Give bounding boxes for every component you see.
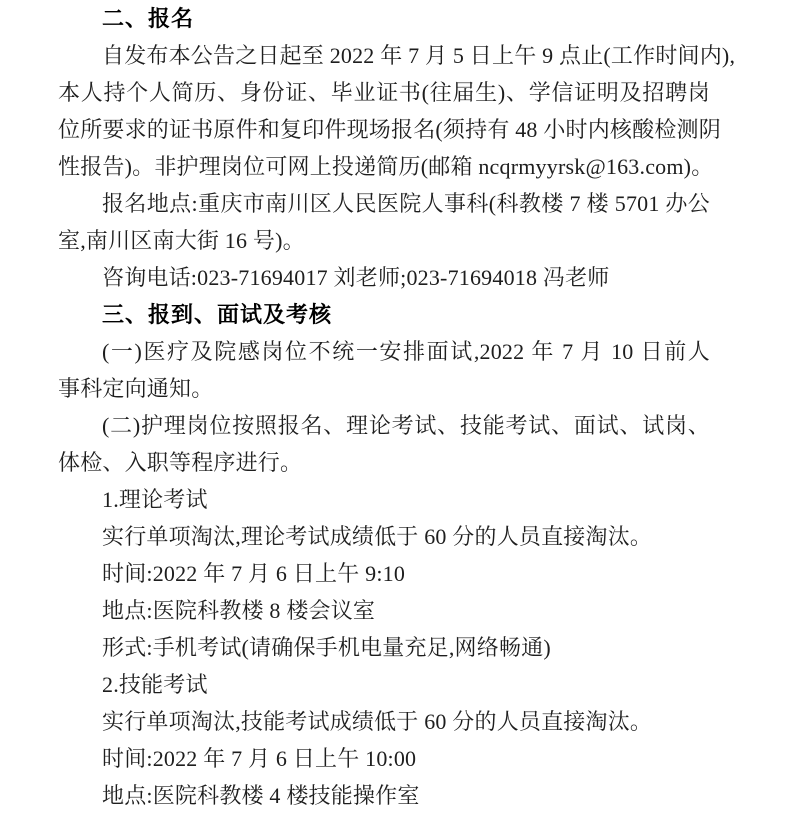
skill-exam-place: 地点:医院科教楼 4 楼技能操作室 (58, 777, 710, 814)
theory-exam-format: 形式:手机考试(请确保手机电量充足,网络畅通) (58, 629, 710, 666)
para-consult-phone: 咨询电话:023-71694017 刘老师;023-71694018 冯老师 (58, 259, 710, 296)
para-nursing-procedure-line-1: (二)护理岗位按照报名、理论考试、技能考试、面试、试岗、 (58, 407, 710, 444)
theory-exam-place: 地点:医院科教楼 8 楼会议室 (58, 592, 710, 629)
section-heading-registration: 二、报名 (58, 0, 710, 37)
para-registration-location-line-2: 室,南川区南大街 16 号)。 (58, 222, 710, 259)
para-medical-interview-line-2: 事科定向通知。 (58, 370, 710, 407)
skill-exam-title: 2.技能考试 (58, 666, 710, 703)
para-registration-deadline-line-2: 本人持个人简历、身份证、毕业证书(往届生)、学信证明及招聘岗 (58, 74, 710, 111)
skill-exam-time: 时间:2022 年 7 月 6 日上午 10:00 (58, 740, 710, 777)
section-heading-assessment: 三、报到、面试及考核 (58, 296, 710, 333)
para-registration-deadline-line-4: 性报告)。非护理岗位可网上投递简历(邮箱 ncqrmyyrsk@163.com)… (58, 148, 710, 185)
skill-exam-rule: 实行单项淘汰,技能考试成绩低于 60 分的人员直接淘汰。 (58, 703, 710, 740)
para-registration-deadline-line-1: 自发布本公告之日起至 2022 年 7 月 5 日上午 9 点止(工作时间内), (58, 37, 710, 74)
document-page: 二、报名 自发布本公告之日起至 2022 年 7 月 5 日上午 9 点止(工作… (0, 0, 793, 814)
theory-exam-time: 时间:2022 年 7 月 6 日上午 9:10 (58, 555, 710, 592)
para-registration-location-line-1: 报名地点:重庆市南川区人民医院人事科(科教楼 7 楼 5701 办公 (58, 185, 710, 222)
theory-exam-title: 1.理论考试 (58, 481, 710, 518)
para-nursing-procedure-line-2: 体检、入职等程序进行。 (58, 444, 710, 481)
theory-exam-rule: 实行单项淘汰,理论考试成绩低于 60 分的人员直接淘汰。 (58, 518, 710, 555)
para-medical-interview-line-1: (一)医疗及院感岗位不统一安排面试,2022 年 7 月 10 日前人 (58, 333, 710, 370)
para-registration-deadline-line-3: 位所要求的证书原件和复印件现场报名(须持有 48 小时内核酸检测阴 (58, 111, 710, 148)
